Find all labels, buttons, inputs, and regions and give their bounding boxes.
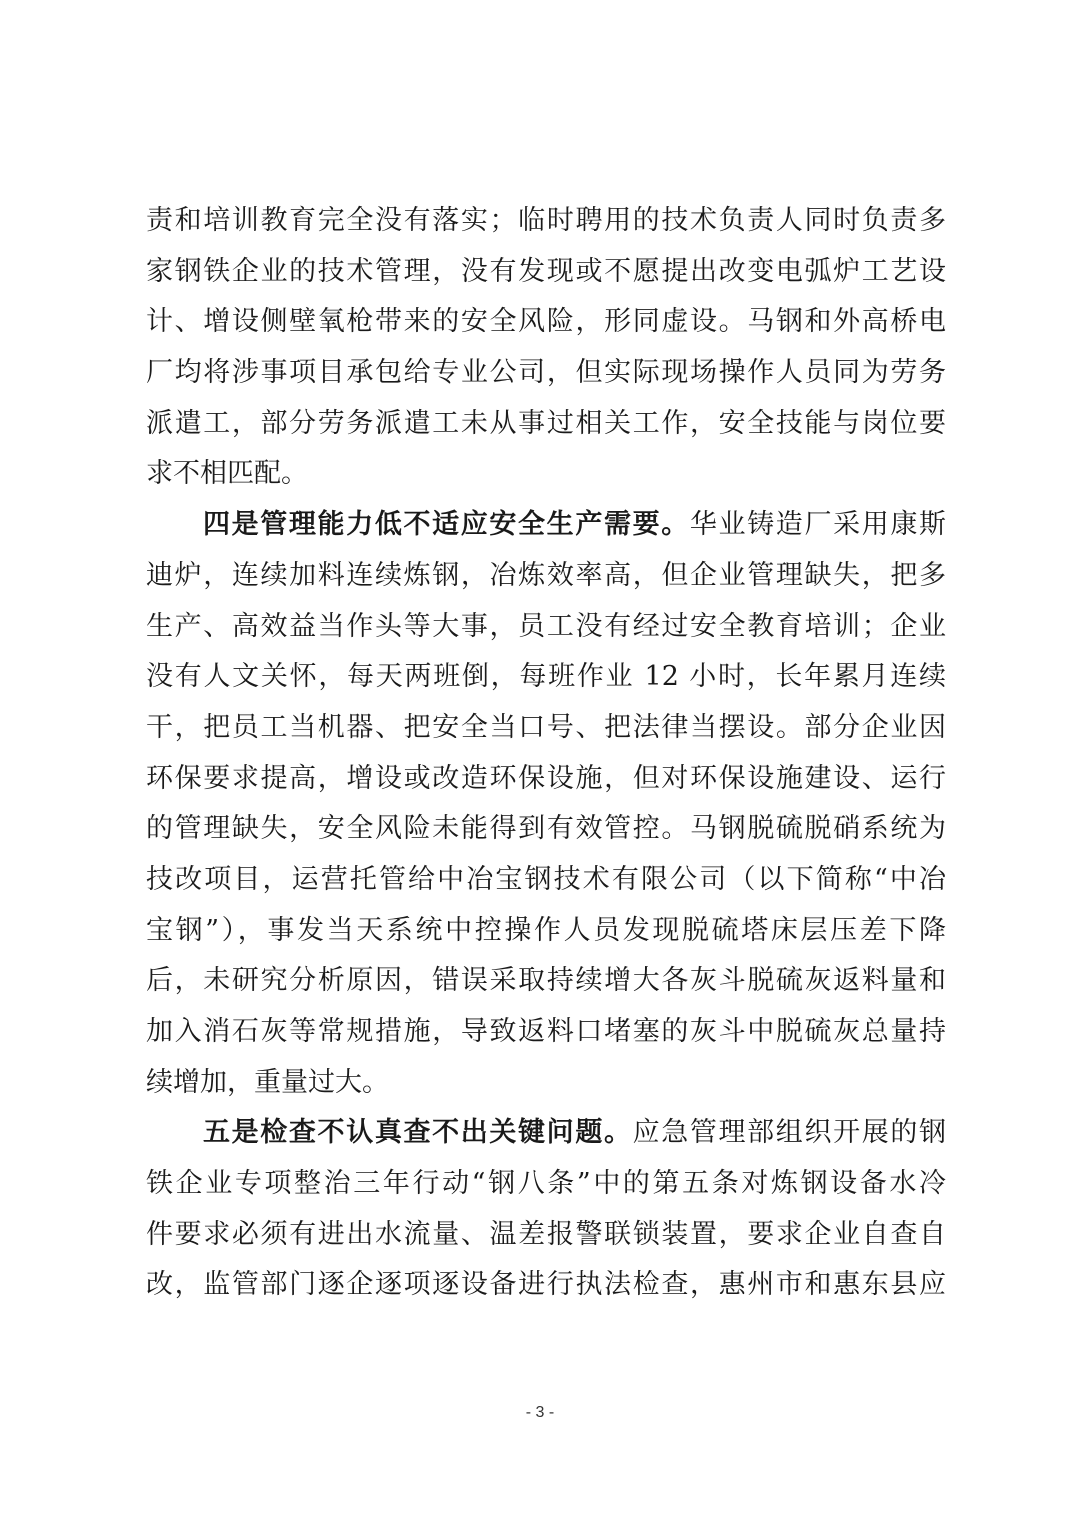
text-line: 责和培训教育完全没有落实；临时聘用的技术负责人同时负责多 (146, 196, 946, 247)
paragraph-heading: 四是管理能力低不适应安全生产需要。 (203, 509, 690, 540)
text-line: 求不相匹配。 (146, 449, 946, 500)
text-line: 加入消石灰等常规措施，导致返料口堵塞的灰斗中脱硫灰总量持 (146, 1007, 946, 1058)
text-line: 技改项目，运营托管给中冶宝钢技术有限公司（以下简称“中冶 (146, 855, 946, 906)
document-body: 责和培训教育完全没有落实；临时聘用的技术负责人同时负责多 家钢铁企业的技术管理，… (146, 196, 946, 1311)
text-line: 改，监管部门逐企逐项逐设备进行执法检查，惠州市和惠东县应 (146, 1260, 946, 1311)
text-line: 的管理缺失，安全风险未能得到有效管控。马钢脱硫脱硝系统为 (146, 804, 946, 855)
text-line: 派遣工，部分劳务派遣工未从事过相关工作，安全技能与岗位要 (146, 399, 946, 450)
text-line: 干，把员工当机器、把安全当口号、把法律当摆设。部分企业因 (146, 703, 946, 754)
text-line: 家钢铁企业的技术管理，没有发现或不愿提出改变电弧炉工艺设 (146, 247, 946, 298)
paragraph-heading: 五是检查不认真查不出关键问题。 (203, 1117, 633, 1148)
text-line: 厂均将涉事项目承包给专业公司，但实际现场操作人员同为劳务 (146, 348, 946, 399)
paragraph-3: 五是检查不认真查不出关键问题。应急管理部组织开展的钢 铁企业专项整治三年行动“钢… (146, 1108, 946, 1311)
paragraph-first-line: 五是检查不认真查不出关键问题。应急管理部组织开展的钢 (146, 1108, 946, 1159)
paragraph-first-line: 四是管理能力低不适应安全生产需要。华业铸造厂采用康斯 (146, 500, 946, 551)
text-run: 应急管理部组织开展的钢 (633, 1117, 946, 1148)
text-line: 续增加，重量过大。 (146, 1058, 946, 1109)
text-line: 后，未研究分析原因，错误采取持续增大各灰斗脱硫灰返料量和 (146, 956, 946, 1007)
text-run: 华业铸造厂采用康斯 (690, 509, 946, 540)
text-line: 迪炉，连续加料连续炼钢，冶炼效率高，但企业管理缺失，把多 (146, 551, 946, 602)
page-number: - 3 - (0, 1404, 1080, 1422)
text-line: 铁企业专项整治三年行动“钢八条”中的第五条对炼钢设备水冷 (146, 1159, 946, 1210)
text-line: 计、增设侧壁氧枪带来的安全风险，形同虚设。马钢和外高桥电 (146, 297, 946, 348)
text-line: 宝钢”），事发当天系统中控操作人员发现脱硫塔床层压差下降 (146, 906, 946, 957)
text-line: 没有人文关怀，每天两班倒，每班作业 12 小时，长年累月连续 (146, 652, 946, 703)
text-line: 件要求必须有进出水流量、温差报警联锁装置，要求企业自查自 (146, 1210, 946, 1261)
text-line: 环保要求提高，增设或改造环保设施，但对环保设施建设、运行 (146, 754, 946, 805)
paragraph-1: 责和培训教育完全没有落实；临时聘用的技术负责人同时负责多 家钢铁企业的技术管理，… (146, 196, 946, 500)
text-line: 生产、高效益当作头等大事，员工没有经过安全教育培训；企业 (146, 602, 946, 653)
paragraph-2: 四是管理能力低不适应安全生产需要。华业铸造厂采用康斯 迪炉，连续加料连续炼钢，冶… (146, 500, 946, 1108)
